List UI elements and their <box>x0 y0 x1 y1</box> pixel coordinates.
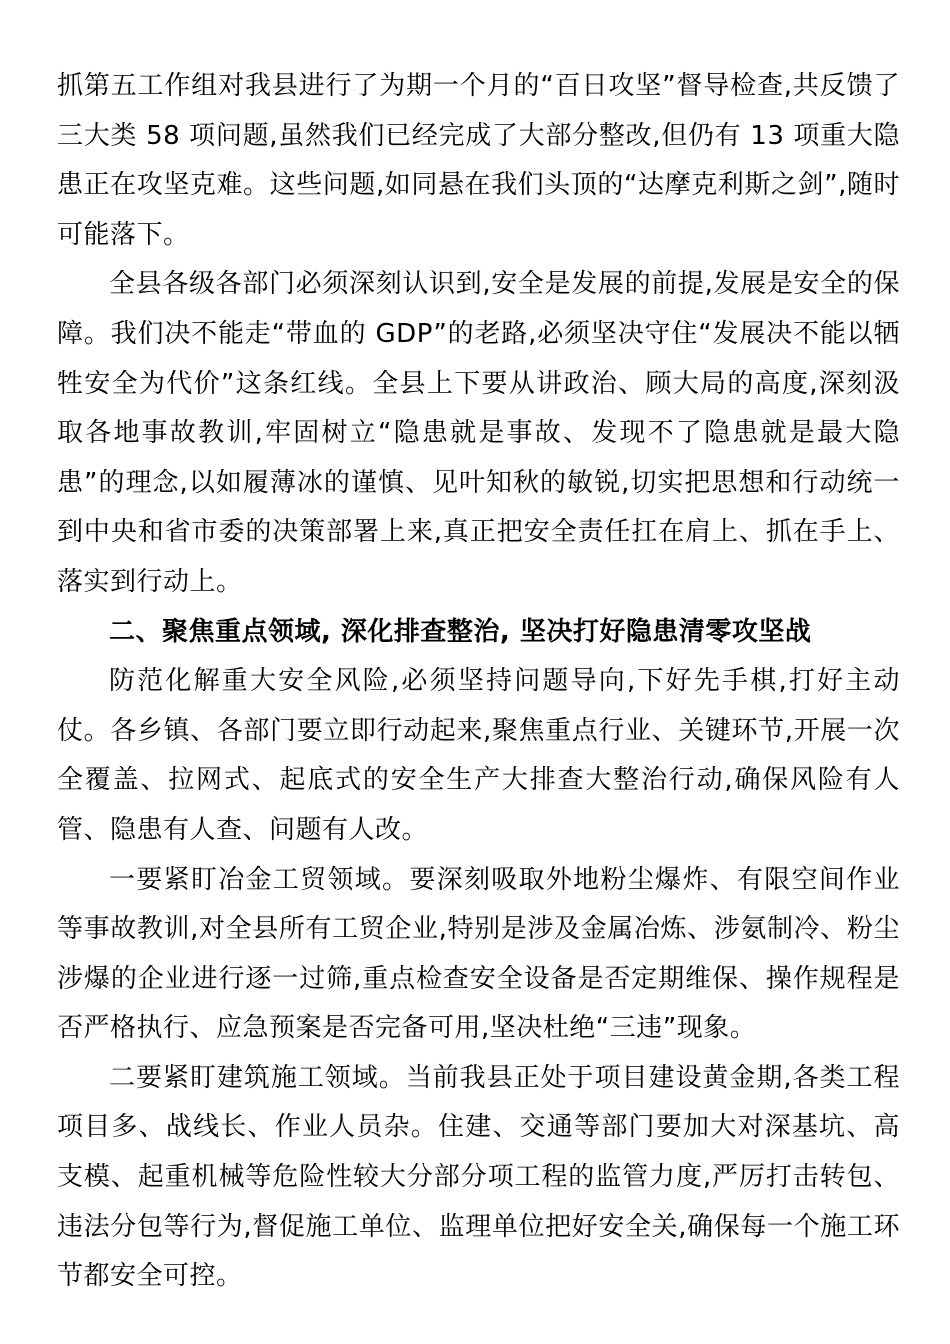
paragraph-metallurgy-trade: 一要紧盯冶金工贸领域。要深刻吸取外地粉尘爆炸、有限空间作业等事故教训,对全县所有… <box>57 856 900 1054</box>
paragraph-risk-prevention: 防范化解重大安全风险,必须坚持问题导向,下好先手棋,打好主动仗。各乡镇、各部门要… <box>57 657 900 855</box>
paragraph-safety-concept: 全县各级各部门必须深刻认识到,安全是发展的前提,发展是安全的保障。我们决不能走“… <box>57 260 900 607</box>
paragraph-construction: 二要紧盯建筑施工领域。当前我县正处于项目建设黄金期,各类工程项目多、战线长、作业… <box>57 1054 900 1302</box>
section-heading-2: 二、聚焦重点领域, 深化排查整治, 坚决打好隐患清零攻坚战 <box>57 608 900 658</box>
paragraph-continuation: 抓第五工作组对我县进行了为期一个月的“百日攻坚”督导检查,共反馈了三大类 58 … <box>57 62 900 260</box>
document-page: 抓第五工作组对我县进行了为期一个月的“百日攻坚”督导检查,共反馈了三大类 58 … <box>0 0 950 1344</box>
